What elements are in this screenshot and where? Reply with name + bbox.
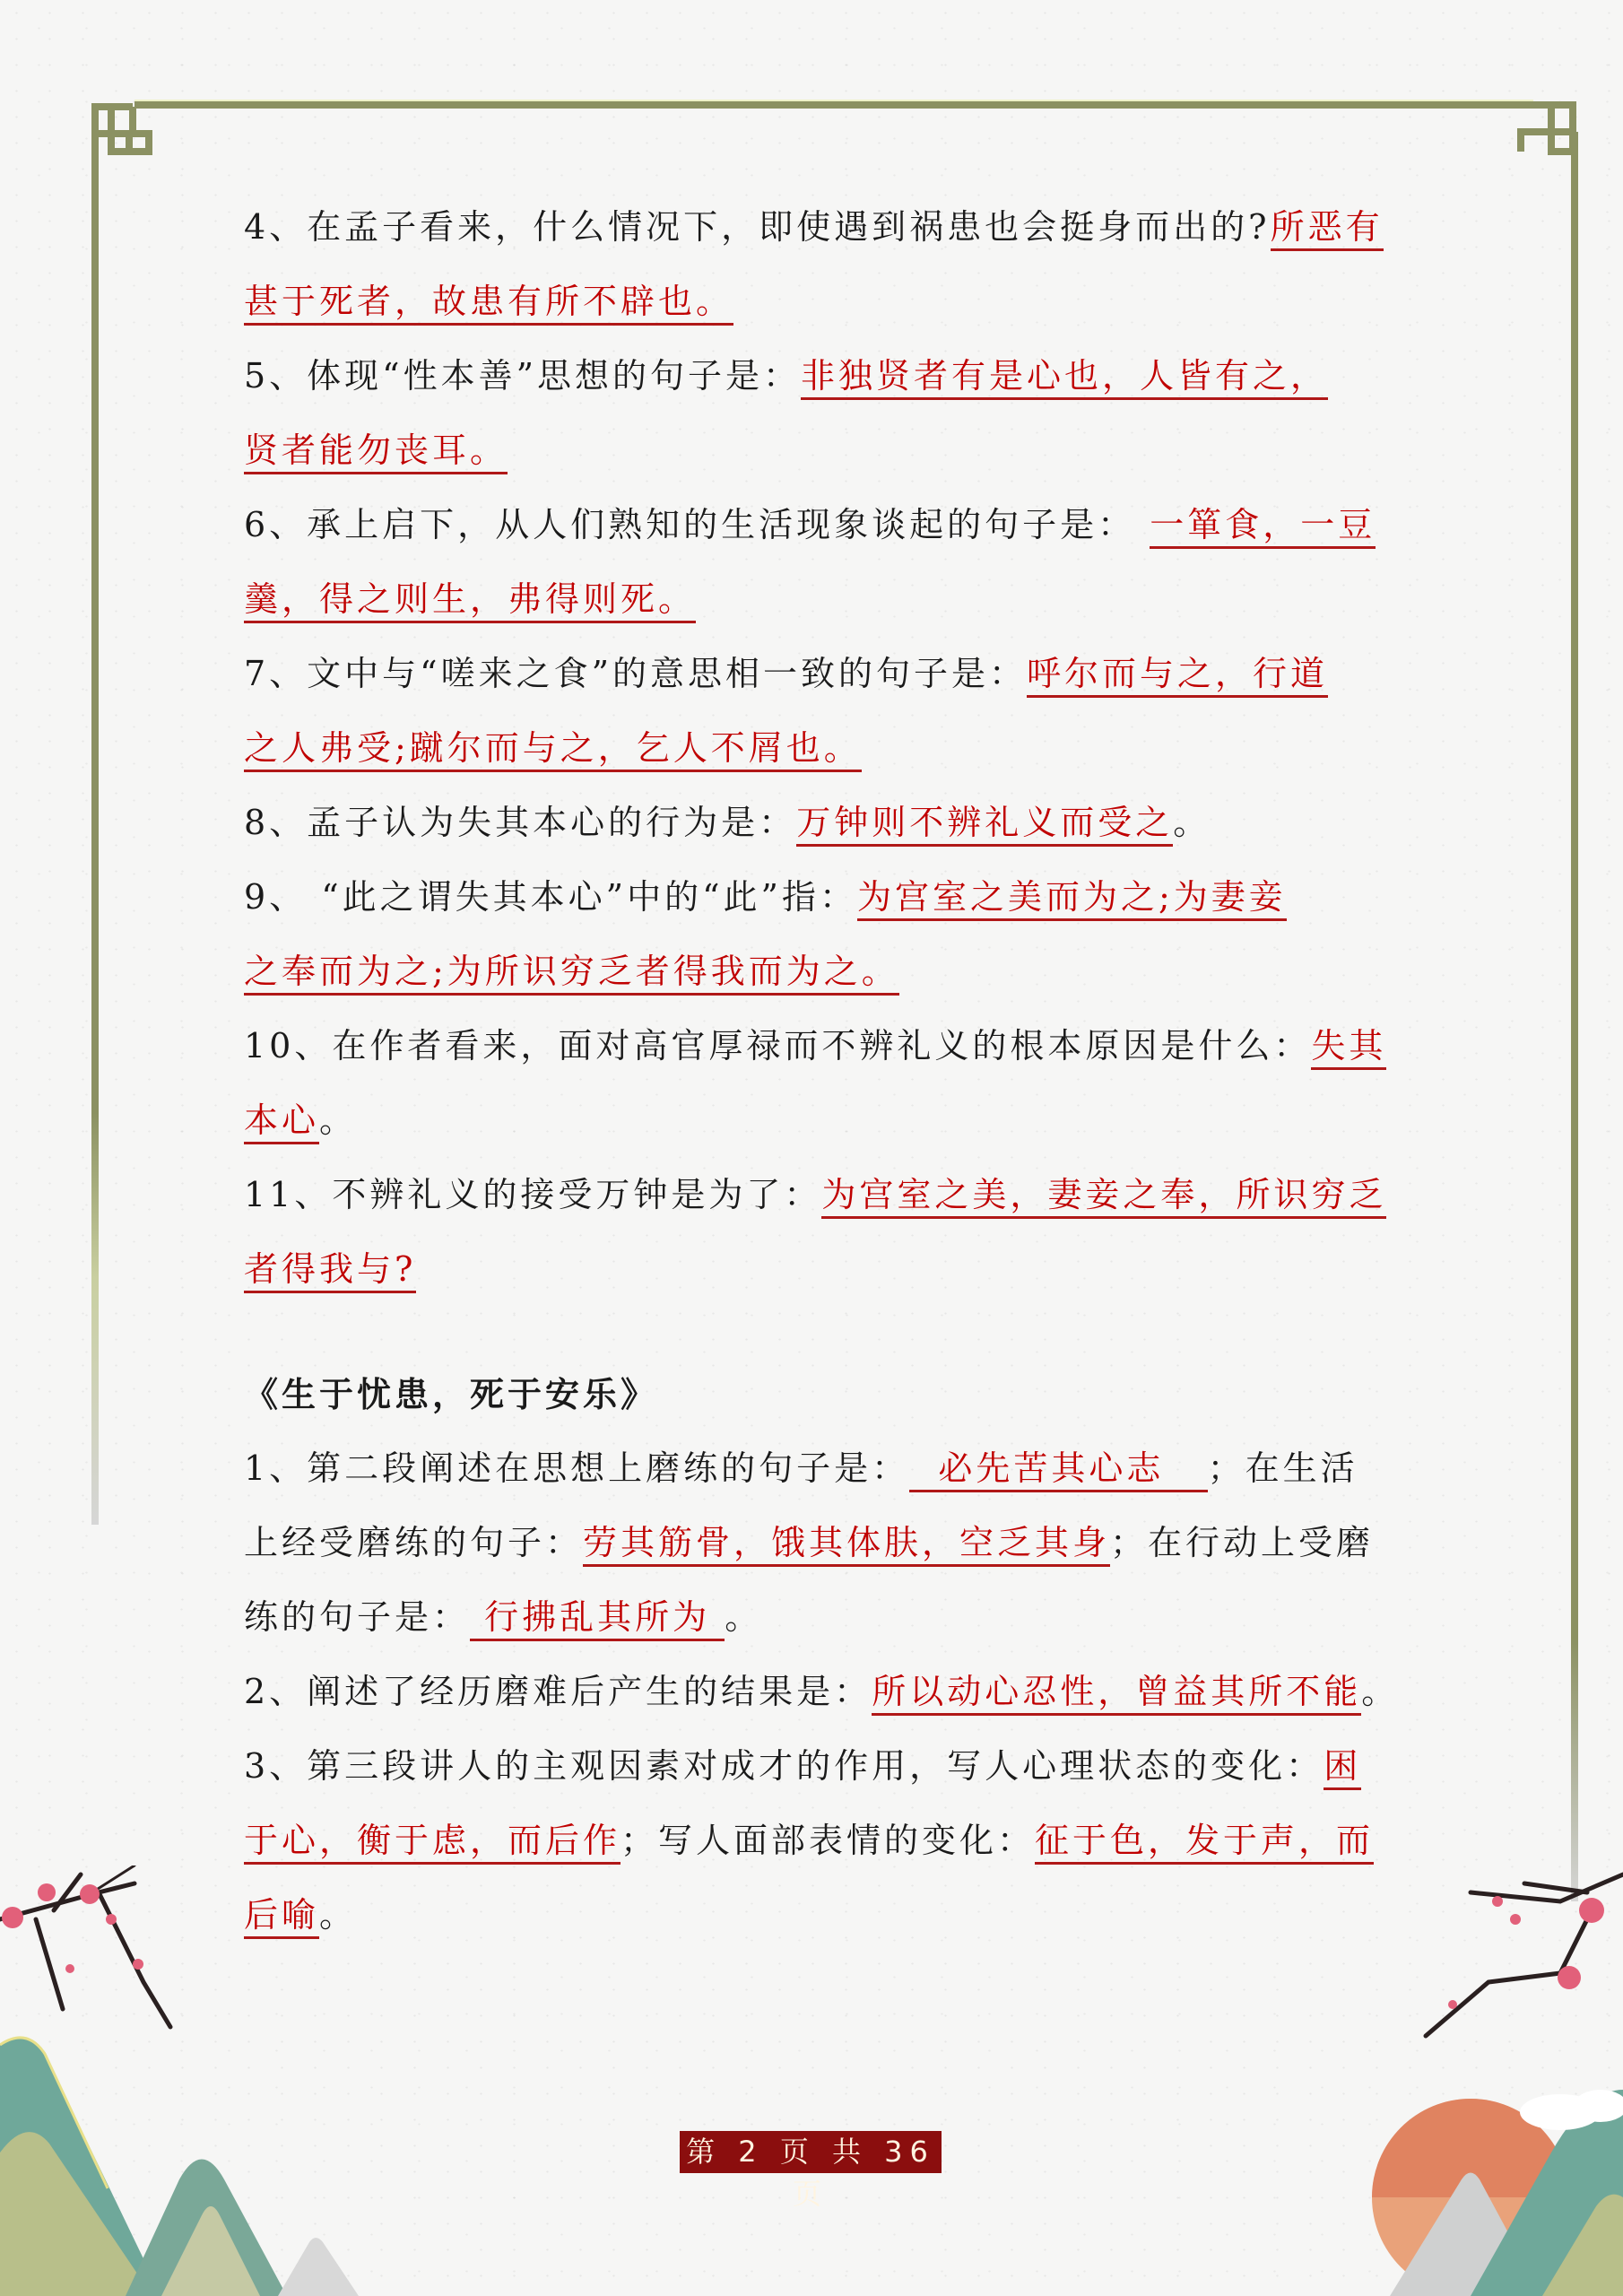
text-line: 之人弗受;蹴尔而与之，乞人不屑也。 [244, 711, 1381, 786]
answer-text: 之奉而为之;为所识穷乏者得我而为之。 [244, 952, 899, 996]
text-line: 10、在作者看来，面对高官厚禄而不辨礼义的根本原因是什么：失其 [244, 1009, 1381, 1083]
question-text: 2、阐述了经历磨难后产生的结果是： [244, 1672, 872, 1711]
text-line: 6、承上启下，从人们熟知的生活现象谈起的句子是： 一箪食，一豆 [244, 488, 1381, 562]
text-line: 本心。 [244, 1083, 1381, 1158]
knot-corner-icon [90, 101, 152, 164]
document-body: 4、在孟子看来，什么情况下，即使遇到祸患也会挺身而出的?所恶有甚于死者，故患有所… [244, 190, 1381, 1952]
answer-text: 非独贤者有是心也，人皆有之， [801, 356, 1328, 400]
question-text: 11、不辨礼义的接受万钟是为了： [244, 1175, 821, 1214]
answer-text: 呼尔而与之，行道 [1027, 654, 1328, 698]
question-text: 练的句子是： [244, 1597, 470, 1637]
text-line: 4、在孟子看来，什么情况下，即使遇到祸患也会挺身而出的?所恶有 [244, 190, 1381, 265]
qa-item: 1、第二段阐述在思想上磨练的句子是： 必先苦其心志 ；在生活上经受磨练的句子：劳… [244, 1431, 1381, 1655]
text-line: 5、体现“性本善”思想的句子是：非独贤者有是心也，人皆有之， [244, 339, 1381, 413]
answer-text: 所恶有 [1271, 207, 1384, 251]
text-line: 9、 “此之谓失其本心”中的“此”指：为宫室之美而为之;为妻妾 [244, 860, 1381, 935]
answer-text: 失其 [1311, 1026, 1386, 1070]
qa-item: 4、在孟子看来，什么情况下，即使遇到祸患也会挺身而出的?所恶有甚于死者，故患有所… [244, 190, 1381, 339]
question-text: 6、承上启下，从人们熟知的生活现象谈起的句子是： [244, 505, 1150, 544]
question-text: 。 [1173, 803, 1211, 842]
answer-text: 必先苦其心志 [909, 1448, 1207, 1492]
question-text: 。 [1361, 1672, 1399, 1711]
qa-item: 2、阐述了经历磨难后产生的结果是：所以动心忍性，曾益其所不能。 [244, 1655, 1381, 1729]
question-text: 。 [319, 1100, 357, 1140]
question-text: 10、在作者看来，面对高官厚禄而不辨礼义的根本原因是什么： [244, 1026, 1311, 1065]
text-line: 8、孟子认为失其本心的行为是：万钟则不辨礼义而受之。 [244, 786, 1381, 860]
answer-text: 劳其筋骨，饿其体肤，空乏其身 [583, 1523, 1110, 1567]
question-text: 7、文中与“嗟来之食”的意思相一致的句子是： [244, 654, 1027, 693]
text-line: 于心，衡于虑，而后作；写人面部表情的变化：征于色，发于声，而 [244, 1804, 1381, 1878]
section-shengyu-youhuan-qa: 1、第二段阐述在思想上磨练的句子是： 必先苦其心志 ；在生活上经受磨练的句子：劳… [244, 1431, 1381, 1952]
question-text: 。 [725, 1597, 762, 1637]
text-line: 羹，得之则生，弗得则死。 [244, 562, 1381, 637]
question-text: 5、体现“性本善”思想的句子是： [244, 356, 801, 396]
question-text: ；在生活 [1208, 1448, 1358, 1488]
text-line: 1、第二段阐述在思想上磨练的句子是： 必先苦其心志 ；在生活 [244, 1431, 1381, 1506]
frame-top-border [135, 101, 1533, 109]
answer-text: 征于色，发于声，而 [1035, 1821, 1374, 1865]
page-number-badge: 第 2 页 共 36 页 [680, 2131, 942, 2173]
text-line: 贤者能勿丧耳。 [244, 413, 1381, 488]
frame-left-border [91, 152, 99, 1525]
qa-item: 7、文中与“嗟来之食”的意思相一致的句子是：呼尔而与之，行道之人弗受;蹴尔而与之… [244, 637, 1381, 786]
answer-text: 本心 [244, 1100, 319, 1144]
answer-text: 为宫室之美，妻妾之奉，所识穷乏 [821, 1175, 1386, 1219]
qa-item: 9、 “此之谓失其本心”中的“此”指：为宫室之美而为之;为妻妾之奉而为之;为所识… [244, 860, 1381, 1009]
answer-text: 困 [1324, 1746, 1361, 1790]
text-line: 上经受磨练的句子：劳其筋骨，饿其体肤，空乏其身；在行动上受磨 [244, 1506, 1381, 1580]
section-title: 《生于忧患，死于安乐》 [244, 1357, 1381, 1431]
qa-item: 6、承上启下，从人们熟知的生活现象谈起的句子是： 一箪食，一豆羹，得之则生，弗得… [244, 488, 1381, 637]
qa-item: 10、在作者看来，面对高官厚禄而不辨礼义的根本原因是什么：失其本心。 [244, 1009, 1381, 1158]
text-line: 练的句子是： 行拂乱其所为 。 [244, 1580, 1381, 1655]
section-mencius-qa: 4、在孟子看来，什么情况下，即使遇到祸患也会挺身而出的?所恶有甚于死者，故患有所… [244, 190, 1381, 1307]
answer-text: 甚于死者，故患有所不辟也。 [244, 282, 733, 326]
question-text: 4、在孟子看来，什么情况下，即使遇到祸患也会挺身而出的? [244, 207, 1271, 247]
question-text: 1、第二段阐述在思想上磨练的句子是： [244, 1448, 909, 1488]
question-text: ；在行动上受磨 [1110, 1523, 1374, 1562]
qa-item: 3、第三段讲人的主观因素对成才的作用，写人心理状态的变化：困于心，衡于虑，而后作… [244, 1729, 1381, 1952]
answer-text: 后喻 [244, 1895, 319, 1939]
question-text: ；写人面部表情的变化： [621, 1821, 1035, 1860]
text-line: 甚于死者，故患有所不辟也。 [244, 265, 1381, 339]
qa-item: 11、不辨礼义的接受万钟是为了：为宫室之美，妻妾之奉，所识穷乏者得我与? [244, 1158, 1381, 1307]
question-text: 3、第三段讲人的主观因素对成才的作用，写人心理状态的变化： [244, 1746, 1324, 1786]
question-text: 8、孟子认为失其本心的行为是： [244, 803, 796, 842]
text-line: 后喻。 [244, 1878, 1381, 1952]
text-line: 之奉而为之;为所识穷乏者得我而为之。 [244, 935, 1381, 1009]
answer-text: 万钟则不辨礼义而受之 [796, 803, 1173, 847]
text-line: 7、文中与“嗟来之食”的意思相一致的句子是：呼尔而与之，行道 [244, 637, 1381, 711]
answer-text: 者得我与? [244, 1249, 416, 1293]
answer-text: 为宫室之美而为之;为妻妾 [857, 877, 1287, 921]
text-line: 11、不辨礼义的接受万钟是为了：为宫室之美，妻妾之奉，所识穷乏 [244, 1158, 1381, 1232]
question-text: 9、 “此之谓失其本心”中的“此”指： [244, 877, 857, 917]
answer-text: 一箪食，一豆 [1150, 505, 1376, 549]
answer-text: 羹，得之则生，弗得则死。 [244, 579, 696, 623]
knot-corner-icon [1515, 101, 1578, 164]
question-text: 。 [319, 1895, 357, 1935]
answer-text: 之人弗受;蹴尔而与之，乞人不屑也。 [244, 728, 862, 772]
text-line: 者得我与? [244, 1232, 1381, 1307]
answer-text: 行拂乱其所为 [470, 1597, 725, 1641]
question-text: 上经受磨练的句子： [244, 1523, 583, 1562]
answer-text: 所以动心忍性，曾益其所不能 [872, 1672, 1361, 1716]
qa-item: 8、孟子认为失其本心的行为是：万钟则不辨礼义而受之。 [244, 786, 1381, 860]
qa-item: 5、体现“性本善”思想的句子是：非独贤者有是心也，人皆有之，贤者能勿丧耳。 [244, 339, 1381, 488]
answer-text: 贤者能勿丧耳。 [244, 430, 508, 474]
text-line: 3、第三段讲人的主观因素对成才的作用，写人心理状态的变化：困 [244, 1729, 1381, 1804]
frame-right-border [1571, 152, 1578, 1901]
text-line: 2、阐述了经历磨难后产生的结果是：所以动心忍性，曾益其所不能。 [244, 1655, 1381, 1729]
answer-text: 于心，衡于虑，而后作 [244, 1821, 621, 1865]
